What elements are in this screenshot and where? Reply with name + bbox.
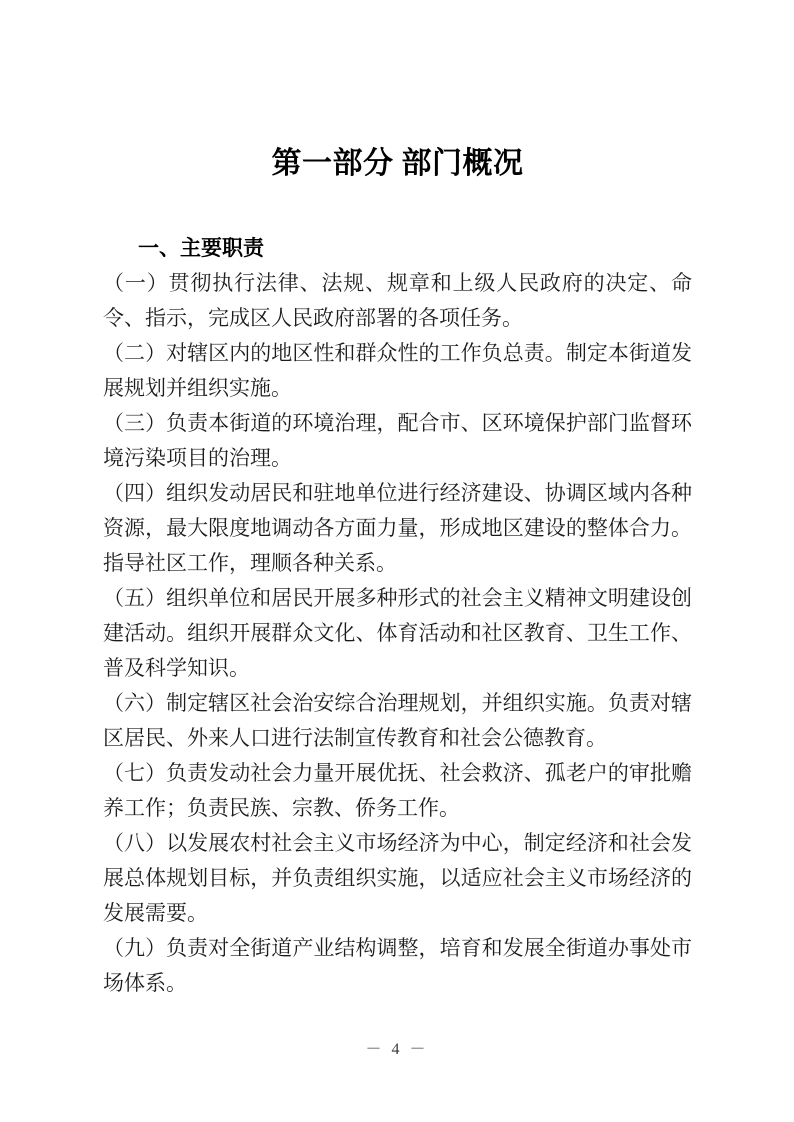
paragraph-6: （六）制定辖区社会治安综合治理规划，并组织实施。负责对辖区居民、外来人口进行法制… bbox=[103, 686, 692, 756]
paragraph-2: （二）对辖区内的地区性和群众性的工作负总责。制定本街道发展规划并组织实施。 bbox=[103, 336, 692, 406]
paragraph-7: （七）负责发动社会力量开展优抚、社会救济、孤老户的审批赡养工作；负责民族、宗教、… bbox=[103, 756, 692, 826]
document-content: 第一部分 部门概况 一、主要职责 （一）贯彻执行法律、法规、规章和上级人民政府的… bbox=[103, 146, 692, 1001]
paragraph-8: （八）以发展农村社会主义市场经济为中心，制定经济和社会发展总体规划目标，并负责组… bbox=[103, 826, 692, 931]
section-body: （一）贯彻执行法律、法规、规章和上级人民政府的决定、命令、指示，完成区人民政府部… bbox=[103, 266, 692, 1001]
paragraph-5: （五）组织单位和居民开展多种形式的社会主义精神文明建设创建活动。组织开展群众文化… bbox=[103, 581, 692, 686]
paragraph-1: （一）贯彻执行法律、法规、规章和上级人民政府的决定、命令、指示，完成区人民政府部… bbox=[103, 266, 692, 336]
document-title: 第一部分 部门概况 bbox=[103, 146, 692, 182]
page-number: － 4 － bbox=[0, 1040, 794, 1060]
paragraph-4: （四）组织发动居民和驻地单位进行经济建设、协调区域内各种资源，最大限度地调动各方… bbox=[103, 476, 692, 581]
paragraph-9: （九）负责对全街道产业结构调整，培育和发展全街道办事处市场体系。 bbox=[103, 931, 692, 1001]
paragraph-3: （三）负责本街道的环境治理，配合市、区环境保护部门监督环境污染项目的治理。 bbox=[103, 406, 692, 476]
document-page: 第一部分 部门概况 一、主要职责 （一）贯彻执行法律、法规、规章和上级人民政府的… bbox=[0, 0, 794, 1122]
section-heading: 一、主要职责 bbox=[103, 231, 692, 266]
